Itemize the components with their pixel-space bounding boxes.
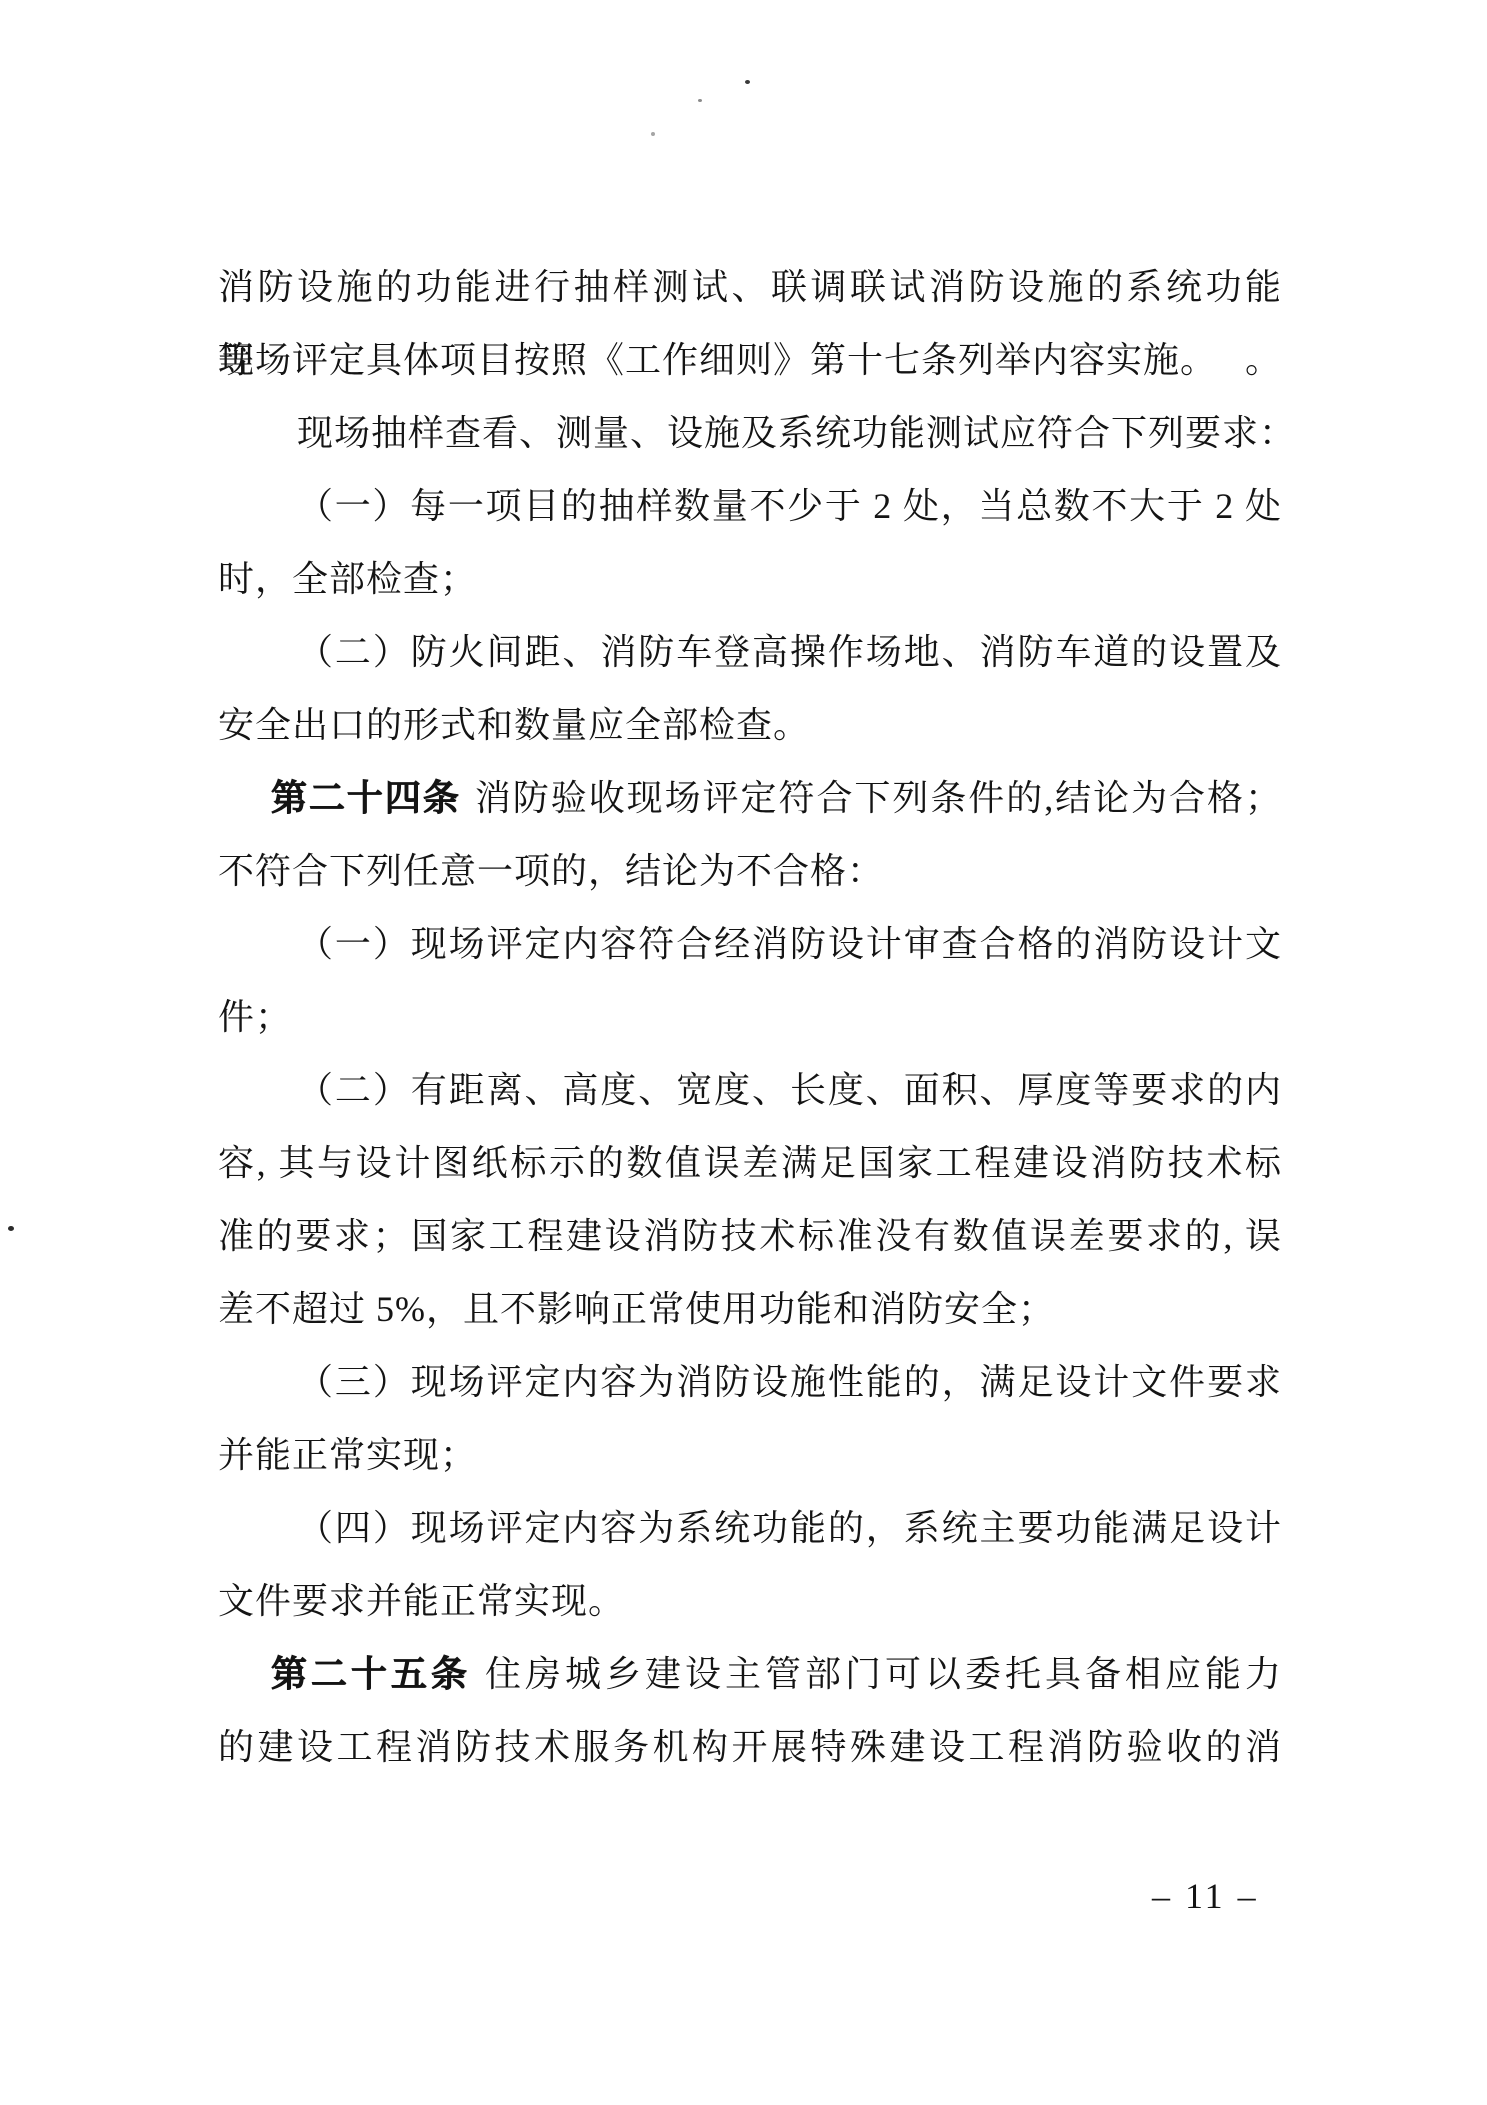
text-line: 的建设工程消防技术服务机构开展特殊建设工程消防验收的消 <box>218 1711 1282 1784</box>
text-line: 差不超过 5%，且不影响正常使用功能和消防安全； <box>218 1273 1282 1346</box>
scan-speck <box>698 99 702 102</box>
text-line: 并能正常实现； <box>218 1419 1282 1492</box>
text-line: 消防设施的功能进行抽样测试、联调联试消防设施的系统功能等。 <box>218 251 1282 324</box>
page-number: – 11 – <box>1152 1872 1259 1920</box>
item-2-line: （二）有距离、高度、宽度、长度、面积、厚度等要求的内 <box>218 1054 1282 1127</box>
text-line: 不符合下列任意一项的，结论为不合格： <box>218 835 1282 908</box>
text-line: 准的要求；国家工程建设消防技术标准没有数值误差要求的, 误 <box>218 1200 1282 1273</box>
item-2-line: （二）防火间距、消防车登高操作场地、消防车道的设置及 <box>218 616 1282 689</box>
text-line: 容, 其与设计图纸标示的数值误差满足国家工程建设消防技术标 <box>218 1127 1282 1200</box>
item-1-line: （一）每一项目的抽样数量不少于 2 处，当总数不大于 2 处 <box>218 470 1282 543</box>
body-text: 消防设施的功能进行抽样测试、联调联试消防设施的系统功能等。 现场评定具体项目按照… <box>218 251 1282 1784</box>
scan-speck <box>745 80 750 84</box>
text-line: 件； <box>218 981 1282 1054</box>
article-24-heading-line: 第二十四条消防验收现场评定符合下列条件的,结论为合格； <box>218 762 1282 835</box>
article-24-number: 第二十四条 <box>271 778 461 818</box>
article-25-heading-line: 第二十五条住房城乡建设主管部门可以委托具备相应能力 <box>218 1638 1282 1711</box>
item-4-line: （四）现场评定内容为系统功能的，系统主要功能满足设计 <box>218 1492 1282 1565</box>
text-line: 时，全部检查； <box>218 543 1282 616</box>
article-24-text: 消防验收现场评定符合下列条件的,结论为合格； <box>475 778 1282 818</box>
text-line: 安全出口的形式和数量应全部检查。 <box>218 689 1282 762</box>
text-line: 文件要求并能正常实现。 <box>218 1565 1282 1638</box>
scan-speck <box>8 1226 14 1231</box>
scan-speck <box>651 132 655 136</box>
document-page: 消防设施的功能进行抽样测试、联调联试消防设施的系统功能等。 现场评定具体项目按照… <box>0 0 1487 2105</box>
text-line: 现场评定具体项目按照《工作细则》第十七条列举内容实施。 <box>218 324 1282 397</box>
article-25-text: 住房城乡建设主管部门可以委托具备相应能力 <box>485 1654 1282 1694</box>
item-3-line: （三）现场评定内容为消防设施性能的，满足设计文件要求 <box>218 1346 1282 1419</box>
article-25-number: 第二十五条 <box>271 1654 471 1694</box>
item-1-line: （一）现场评定内容符合经消防设计审查合格的消防设计文 <box>218 908 1282 981</box>
text-line: 现场抽样查看、测量、设施及系统功能测试应符合下列要求： <box>218 397 1282 470</box>
